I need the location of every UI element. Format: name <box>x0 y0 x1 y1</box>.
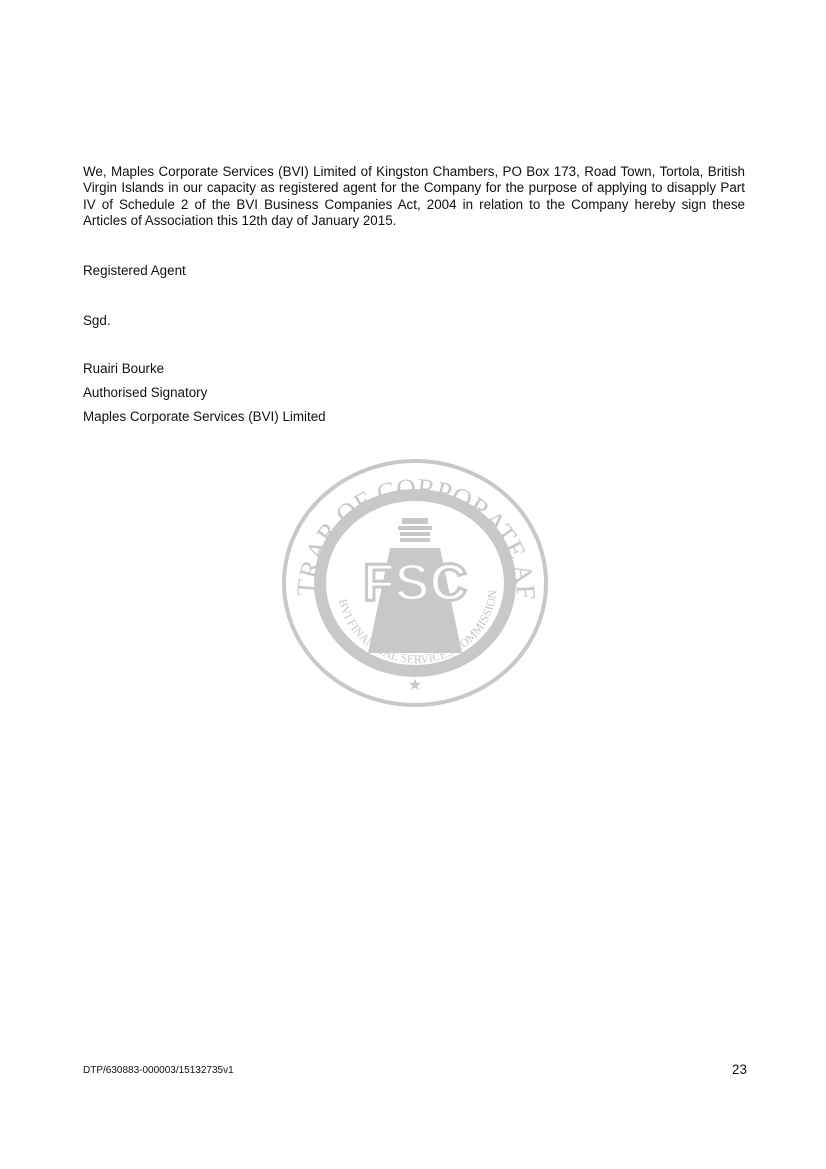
signatory-title: Authorised Signatory <box>83 385 207 401</box>
signatory-company: Maples Corporate Services (BVI) Limited <box>83 409 326 425</box>
seal-center-text: FSC <box>363 554 467 612</box>
footer-reference: DTP/630883-000003/15132735v1 <box>83 1065 234 1076</box>
signature-text: Sgd. <box>83 313 111 329</box>
signatory-name: Ruairi Bourke <box>83 361 164 377</box>
registrar-seal-icon: REGISTRAR OF CORPORATE AFFAIRS BVI FINAN… <box>282 458 548 708</box>
body-paragraph: We, Maples Corporate Services (BVI) Limi… <box>83 164 745 230</box>
svg-text:★: ★ <box>408 677 422 694</box>
role-label: Registered Agent <box>83 263 186 279</box>
page-number: 23 <box>732 1062 747 1077</box>
